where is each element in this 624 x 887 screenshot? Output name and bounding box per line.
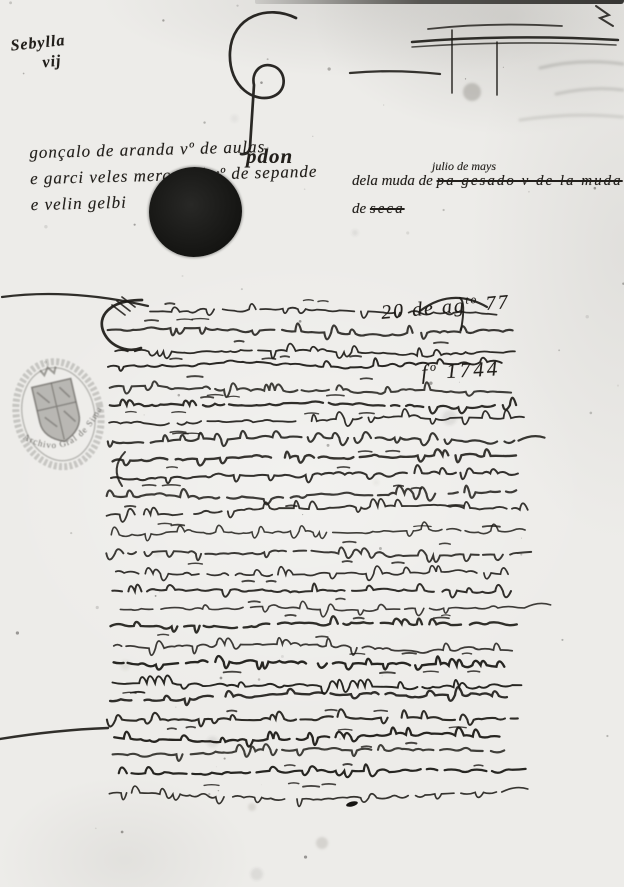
paper-speck — [144, 415, 145, 416]
abbreviation-mark — [359, 413, 374, 414]
abbreviation-mark — [374, 710, 387, 711]
paper-stain — [231, 115, 238, 122]
paper-speck — [216, 766, 217, 767]
paper-speck — [178, 394, 181, 397]
paper-speck — [95, 827, 97, 829]
abbreviation-mark — [406, 743, 416, 744]
manuscript-page: Sebylla vij gonçalo de aranda vº de aula… — [0, 0, 624, 887]
abbreviation-mark — [350, 653, 365, 654]
manuscript-line — [111, 465, 518, 483]
folio-note: fo1744 — [421, 327, 624, 385]
header-note-text: dela muda de — [352, 173, 433, 189]
abbreviation-mark — [380, 672, 395, 673]
abbreviation-mark — [158, 634, 169, 635]
abbreviation-mark — [143, 485, 156, 486]
paper-speck — [9, 1, 12, 4]
paper-speck — [329, 631, 330, 632]
paper-speck — [465, 78, 466, 79]
paper-stain — [442, 411, 457, 426]
manuscript-line — [114, 656, 505, 670]
paper-speck — [321, 716, 323, 718]
paper-speck — [521, 538, 522, 539]
abbreviation-mark — [343, 561, 352, 562]
abbreviation-mark — [336, 599, 345, 600]
paper-speck — [617, 385, 619, 387]
abbreviation-mark — [350, 356, 361, 357]
ink-seal — [149, 167, 242, 257]
date-note-year: 77 — [485, 291, 511, 315]
abbreviation-mark — [126, 412, 136, 413]
manuscript-line — [108, 431, 545, 447]
paper-speck — [561, 639, 563, 641]
manuscript-line — [113, 676, 522, 694]
abbreviation-mark — [267, 581, 276, 582]
ink-blob — [346, 800, 359, 808]
abbreviation-mark — [285, 615, 295, 616]
abbreviation-mark — [343, 764, 351, 765]
manuscript-line — [110, 398, 516, 414]
abbreviation-mark — [173, 433, 189, 434]
paper-speck — [159, 591, 160, 592]
show-through-stroke — [540, 62, 623, 68]
abbreviation-mark — [325, 710, 336, 711]
paper-speck — [362, 333, 365, 336]
abbreviation-mark — [163, 485, 181, 486]
paper-speck — [606, 735, 608, 737]
abbreviation-mark — [434, 617, 450, 618]
paper-speck — [96, 606, 99, 609]
abbreviation-mark — [207, 395, 223, 396]
paper-speck — [299, 320, 302, 323]
date-note-prefix: 20 de ag — [380, 294, 466, 323]
date-note-sup: to — [465, 293, 479, 307]
archive-stamp-svg: Archivo Gral de Simancas — [0, 346, 123, 495]
manuscript-line — [113, 744, 505, 761]
abbreviation-mark — [462, 653, 471, 654]
abbreviation-mark — [183, 433, 200, 434]
paper-speck — [590, 412, 593, 415]
manuscript-line — [108, 323, 513, 339]
paper-speck — [586, 315, 589, 318]
paper-speck — [379, 547, 382, 550]
abbreviation-mark — [158, 523, 171, 524]
abbreviation-mark — [165, 303, 174, 304]
paper-speck — [16, 631, 19, 634]
paper-stain — [316, 837, 328, 849]
paper-speck — [236, 5, 238, 7]
abbreviation-mark — [170, 432, 186, 433]
paper-speck — [208, 793, 210, 795]
folio-note-number: 1744 — [446, 356, 501, 383]
manuscript-line — [116, 566, 508, 581]
paper-speck — [70, 532, 72, 534]
abbreviation-mark — [177, 319, 192, 320]
abbreviation-mark — [338, 467, 350, 468]
abbreviation-mark — [125, 506, 135, 507]
manuscript-line — [112, 584, 511, 598]
abbreviation-mark — [171, 525, 184, 526]
manuscript-line — [109, 786, 527, 806]
show-through-stroke — [556, 89, 623, 94]
abbreviation-mark — [289, 783, 299, 784]
paper-speck — [155, 595, 157, 597]
paper-speck — [327, 67, 330, 70]
header-note-struck-text: pa gesado v de la muda — [437, 173, 623, 189]
header-note-text2: de — [352, 201, 366, 217]
header-note-row1: dela muda de pa gesado v de la muda — [352, 173, 623, 190]
manuscript-line — [114, 638, 512, 656]
abbreviation-mark — [204, 785, 219, 786]
manuscript-line — [111, 522, 525, 541]
show-through-stroke — [520, 115, 623, 120]
decorated-initial — [102, 300, 142, 350]
paper-stain — [207, 736, 218, 747]
paper-speck — [218, 790, 219, 791]
abbreviation-mark — [123, 692, 136, 693]
abbreviation-mark — [172, 412, 186, 413]
paper-speck — [327, 444, 330, 447]
manuscript-line — [113, 449, 516, 465]
abbreviation-mark — [242, 581, 254, 582]
abbreviation-mark — [386, 451, 399, 452]
abbreviation-mark — [449, 505, 464, 506]
manuscript-line — [120, 601, 550, 617]
abbreviation-mark — [262, 358, 275, 359]
paper-speck — [175, 706, 176, 707]
abbreviation-mark — [394, 485, 403, 486]
manuscript-line — [109, 409, 524, 426]
abbreviation-mark — [187, 376, 202, 377]
abbreviation-mark — [316, 636, 328, 637]
abbreviation-mark — [192, 319, 209, 320]
paper-speck — [44, 225, 47, 228]
paper-stain — [155, 551, 161, 557]
manuscript-line — [119, 764, 526, 777]
paper-speck — [503, 67, 504, 68]
corner-note: Sebylla vij — [10, 0, 624, 76]
paper-speck — [182, 275, 184, 277]
abbreviation-mark — [235, 341, 244, 342]
paper-speck — [339, 738, 341, 740]
abbreviation-mark — [414, 526, 431, 527]
abbreviation-mark — [362, 746, 372, 747]
signature-block: gonçalo de aranda vº de aulas e garci ve… — [29, 124, 624, 218]
paper-stain — [120, 660, 130, 670]
paper-speck — [121, 831, 124, 834]
abbreviation-mark — [327, 395, 344, 396]
header-note-struck-text2: seca — [370, 201, 405, 217]
abbreviation-mark — [318, 301, 328, 302]
margin-dash — [0, 728, 108, 739]
corner-note-numeral: vij — [42, 0, 624, 72]
paper-speck — [443, 209, 445, 211]
paper-stain — [352, 230, 358, 236]
abbreviation-mark — [449, 727, 466, 728]
paper-speck — [304, 855, 307, 858]
abbreviation-mark — [483, 526, 500, 527]
paper-speck — [520, 554, 522, 556]
initial-hatching — [112, 297, 135, 315]
header-note-overline: julio de mays — [432, 159, 496, 174]
rubric-label: pdon — [246, 144, 293, 168]
abbreviation-mark — [303, 786, 319, 787]
paper-speck — [220, 677, 223, 680]
ink-smudge — [463, 83, 481, 101]
abbreviation-mark — [168, 728, 176, 729]
manuscript-line — [107, 499, 528, 522]
abbreviation-mark — [133, 692, 144, 693]
abbreviation-mark — [249, 601, 260, 602]
abbreviation-mark — [468, 671, 480, 672]
paper-speck — [134, 224, 136, 226]
paper-speck — [159, 363, 162, 366]
paper-speck — [245, 753, 247, 755]
abbreviation-mark — [224, 672, 241, 673]
strikethrough-line — [412, 37, 618, 42]
paper-speck — [240, 90, 241, 91]
abbreviation-mark — [286, 505, 297, 506]
abbreviation-mark — [392, 562, 404, 563]
paper-speck — [302, 514, 303, 515]
paper-speck — [267, 58, 269, 60]
strikethrough-line — [350, 71, 440, 74]
abbreviation-mark — [474, 765, 483, 766]
manuscript-line — [111, 616, 517, 632]
paper-speck — [281, 655, 284, 658]
manuscript-line — [107, 709, 518, 726]
paper-speck — [383, 104, 384, 105]
abbreviation-mark — [434, 342, 448, 343]
abbreviation-mark — [440, 543, 451, 544]
abbreviation-mark — [188, 563, 202, 564]
abbreviation-mark — [361, 378, 373, 379]
abbreviation-mark — [186, 727, 195, 728]
abbreviation-mark — [412, 488, 422, 489]
manuscript-line — [114, 727, 507, 746]
abbreviation-mark — [424, 671, 439, 672]
abbreviation-mark — [131, 692, 145, 693]
abbreviation-mark — [285, 765, 295, 766]
paper-speck — [258, 678, 261, 681]
paper-speck — [382, 675, 383, 676]
paper-speck — [260, 81, 263, 84]
abbreviation-mark — [322, 784, 335, 785]
abbreviation-mark — [354, 618, 364, 619]
paper-speck — [503, 454, 504, 455]
abbreviation-mark — [402, 653, 416, 654]
manuscript-line — [115, 344, 515, 359]
folio-note-sup: o — [430, 359, 440, 373]
strikethrough-line — [412, 43, 616, 47]
paper-speck — [406, 231, 409, 234]
abbreviation-mark — [281, 356, 290, 357]
abbreviation-mark — [167, 467, 177, 468]
paper-speck — [558, 349, 560, 351]
paper-speck — [261, 784, 262, 785]
paper-stain — [248, 803, 256, 811]
abbreviation-mark — [170, 358, 182, 359]
paper-stain — [374, 480, 379, 485]
abbreviation-mark — [228, 396, 240, 397]
paper-stain — [251, 868, 263, 880]
corner-note-place: Sebylla — [10, 32, 66, 55]
abbreviation-mark — [343, 542, 356, 543]
manuscript-line — [107, 486, 517, 505]
abbreviation-mark — [201, 397, 213, 398]
abbreviation-mark — [338, 729, 352, 730]
paper-speck — [224, 758, 226, 760]
abbreviation-mark — [442, 615, 450, 616]
opening-flourish — [2, 294, 148, 306]
abbreviation-mark — [227, 711, 236, 712]
archive-stamp: Archivo Gral de Simancas — [0, 346, 123, 495]
paper-speck — [203, 121, 205, 123]
abbreviation-mark — [145, 320, 158, 321]
abbreviation-mark — [305, 413, 319, 414]
header-note-row2: de seca — [352, 201, 405, 218]
manuscript-line — [106, 547, 531, 562]
manuscript-line — [110, 687, 507, 705]
date-note: 20 de agto77 — [380, 247, 624, 325]
paper-speck — [241, 288, 243, 290]
abbreviation-mark — [359, 451, 372, 452]
abbreviation-mark — [304, 300, 314, 301]
